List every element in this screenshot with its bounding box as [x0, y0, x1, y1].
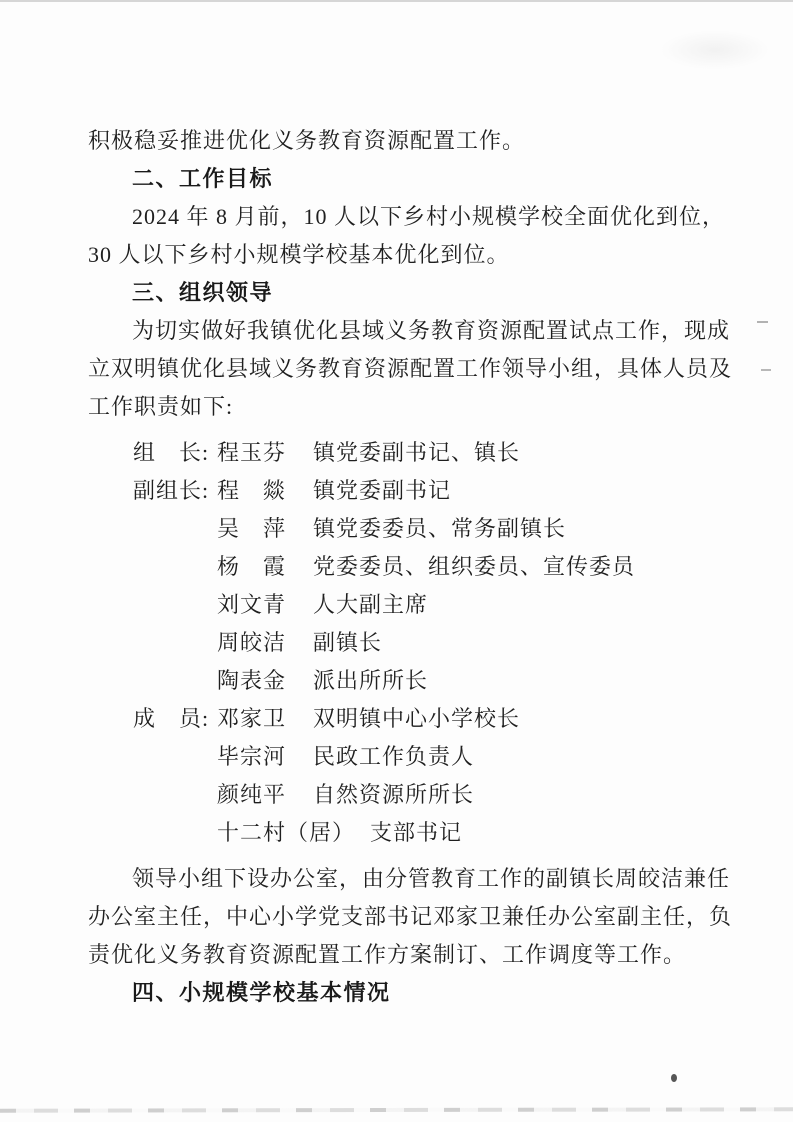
paragraph-line: 责优化义务教育资源配置工作方案制订、工作调度等工作。: [88, 936, 713, 974]
roster-row: 刘文青 人大副主席: [133, 586, 713, 624]
roster-person-name: 十二村（居）: [217, 814, 355, 852]
roster-role-label: 组 长:: [133, 434, 217, 472]
roster-position-title: 党委委员、组织委员、宣传委员: [313, 548, 713, 586]
roster-role-label: [133, 662, 217, 700]
roster-person-name: 程玉芬: [217, 434, 313, 472]
roster-position-title: 人大副主席: [313, 586, 713, 624]
roster-role-label: [133, 624, 217, 662]
roster-person-name: 刘文青: [217, 586, 313, 624]
document-content: 积极稳妥推进优化义务教育资源配置工作。 二、工作目标 2024 年 8 月前，1…: [0, 0, 793, 1012]
scan-artifact-dot: [671, 1074, 677, 1082]
scan-artifact-bottom-streak: [0, 1107, 793, 1112]
scan-artifact-dash: [757, 321, 768, 323]
roster-role-label: [133, 510, 217, 548]
paragraph-line-intro: 积极稳妥推进优化义务教育资源配置工作。: [88, 122, 713, 160]
leadership-roster: 组 长: 程玉芬 镇党委副书记、镇长 副组长: 程 燚 镇党委副书记 吴 萍 镇…: [133, 434, 713, 852]
roster-position-title: 支部书记: [370, 814, 713, 852]
roster-person-name: 毕宗河: [217, 738, 313, 776]
office-paragraph: 领导小组下设办公室，由分管教育工作的副镇长周皎洁兼任 办公室主任，中心小学党支部…: [88, 860, 713, 974]
roster-row: 毕宗河 民政工作负责人: [133, 738, 713, 776]
roster-person-name: 颜纯平: [217, 776, 313, 814]
roster-row: 十二村（居） 支部书记: [133, 814, 713, 852]
roster-position-title: 民政工作负责人: [313, 738, 713, 776]
section-heading-work-goals: 二、工作目标: [132, 160, 713, 198]
roster-person-name: 邓家卫: [217, 700, 313, 738]
roster-row: 吴 萍 镇党委委员、常务副镇长: [133, 510, 713, 548]
roster-position-title: 副镇长: [313, 624, 713, 662]
paragraph-line: 工作职责如下:: [88, 388, 713, 426]
roster-row: 陶表金 派出所所长: [133, 662, 713, 700]
roster-position-title: 镇党委副书记: [313, 472, 713, 510]
roster-person-name: 周皎洁: [217, 624, 313, 662]
scan-artifact-dash: [761, 369, 771, 371]
roster-row: 颜纯平 自然资源所所长: [133, 776, 713, 814]
roster-person-name: 陶表金: [217, 662, 313, 700]
roster-row: 副组长: 程 燚 镇党委副书记: [133, 472, 713, 510]
roster-row: 组 长: 程玉芬 镇党委副书记、镇长: [133, 434, 713, 472]
roster-person-name: 杨 霞: [217, 548, 313, 586]
paragraph-line: 立双明镇优化县域义务教育资源配置工作领导小组，具体人员及: [88, 350, 713, 388]
roster-row: 成 员: 邓家卫 双明镇中心小学校长: [133, 700, 713, 738]
roster-position-title: 镇党委副书记、镇长: [313, 434, 713, 472]
roster-role-label: [133, 738, 217, 776]
roster-person-name: 程 燚: [217, 472, 313, 510]
roster-role-label: 成 员:: [133, 700, 217, 738]
roster-role-label: 副组长:: [133, 472, 217, 510]
roster-position-title: 自然资源所所长: [313, 776, 713, 814]
roster-role-label: [133, 548, 217, 586]
roster-position-title: 派出所所长: [313, 662, 713, 700]
section-heading-organization: 三、组织领导: [132, 274, 713, 312]
paragraph-line: 领导小组下设办公室，由分管教育工作的副镇长周皎洁兼任: [88, 860, 713, 898]
roster-person-name: 吴 萍: [217, 510, 313, 548]
roster-role-label: [133, 776, 217, 814]
paragraph-line: 办公室主任，中心小学党支部书记邓家卫兼任办公室副主任，负: [88, 898, 713, 936]
section-heading-school-overview: 四、小规模学校基本情况: [132, 974, 713, 1012]
roster-row: 周皎洁 副镇长: [133, 624, 713, 662]
roster-role-label: [133, 814, 217, 852]
paragraph-line: 30 人以下乡村小规模学校基本优化到位。: [88, 236, 713, 274]
roster-row: 杨 霞 党委委员、组织委员、宣传委员: [133, 548, 713, 586]
paragraph-line: 为切实做好我镇优化县域义务教育资源配置试点工作，现成: [88, 312, 713, 350]
roster-position-title: 双明镇中心小学校长: [313, 700, 713, 738]
paragraph-line: 2024 年 8 月前，10 人以下乡村小规模学校全面优化到位，: [88, 198, 713, 236]
document-page: 积极稳妥推进优化义务教育资源配置工作。 二、工作目标 2024 年 8 月前，1…: [0, 0, 793, 1122]
roster-role-label: [133, 586, 217, 624]
roster-position-title: 镇党委委员、常务副镇长: [313, 510, 713, 548]
